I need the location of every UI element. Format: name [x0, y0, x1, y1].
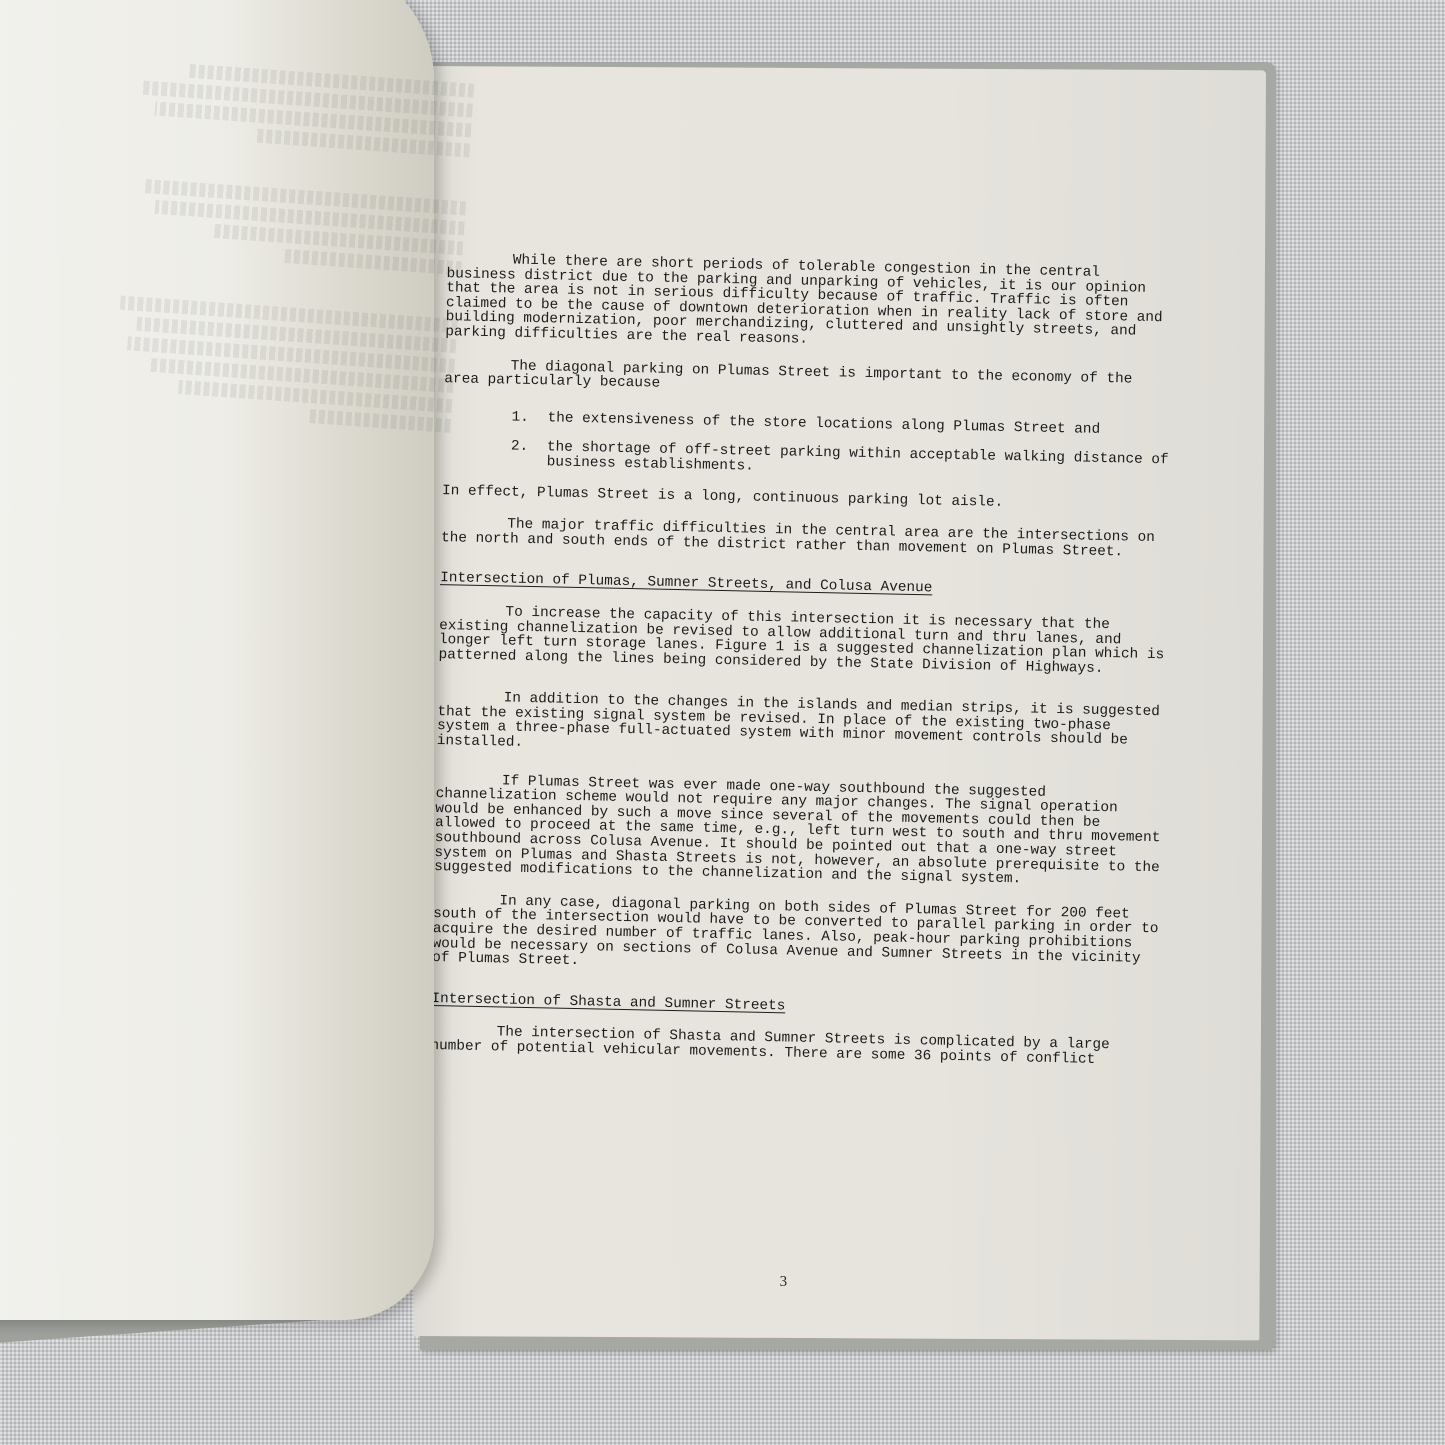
paragraph-diagonal-parking: The diagonal parking on Plumas Street is… — [444, 358, 1174, 402]
paragraph-major-difficulties: The major traffic difficulties in the ce… — [441, 516, 1171, 560]
list-text: the extensiveness of the store locations… — [547, 411, 1173, 439]
section-heading-plumas-sumner-colusa: Intersection of Plumas, Sumner Streets, … — [440, 571, 932, 596]
list-number: 1. — [511, 410, 547, 425]
paragraph-parallel-parking: In any case, diagonal parking on both si… — [432, 893, 1163, 981]
list-number: 2. — [510, 440, 547, 470]
paragraph-capacity: To increase the capacity of this interse… — [438, 604, 1169, 678]
section-heading-shasta-sumner: Intersection of Shasta and Sumner Street… — [431, 992, 785, 1014]
right-page: While there are short periods of tolerab… — [413, 66, 1266, 1340]
left-page-curled — [0, 0, 434, 1320]
bleed-through-text — [46, 59, 475, 1082]
page-number: 3 — [780, 1274, 788, 1291]
paragraph-congestion: While there are short periods of tolerab… — [445, 252, 1177, 355]
paragraph-one-way: If Plumas Street was ever made one-way s… — [434, 773, 1166, 890]
paragraph-parking-aisle: In effect, Plumas Street is a long, cont… — [442, 484, 1172, 514]
list-item: 2. the shortage of off-street parking wi… — [510, 440, 1172, 483]
paragraph-signal-system: In addition to the changes in the island… — [437, 690, 1168, 764]
reasons-list: 1. the extensiveness of the store locati… — [443, 409, 1174, 483]
list-item: 1. the extensiveness of the store locati… — [511, 410, 1173, 438]
page-body: While there are short periods of tolerab… — [430, 252, 1177, 1087]
list-text: the shortage of off-street parking withi… — [546, 441, 1172, 483]
paragraph-points-of-conflict: The intersection of Shasta and Sumner St… — [430, 1024, 1160, 1068]
